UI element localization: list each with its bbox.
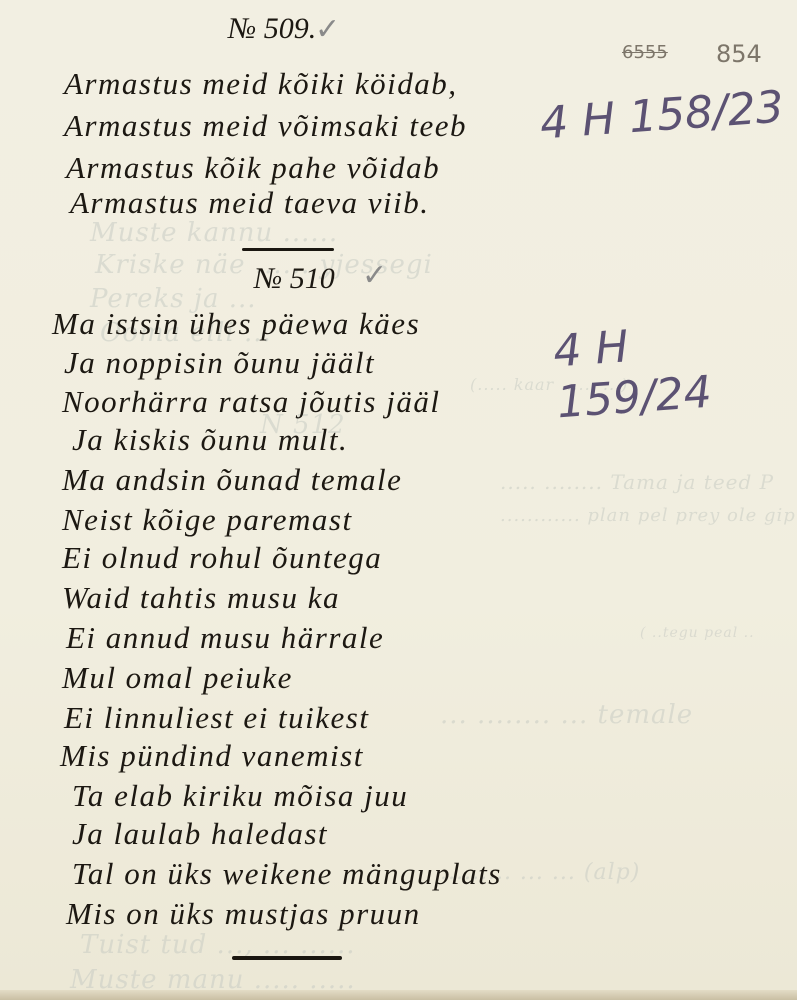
bleed-through-text: ............ plan pel prey ole gip	[500, 505, 796, 526]
song-number-510: № 510	[254, 262, 335, 296]
bleed-through-text: Muste kannu ......	[90, 218, 338, 248]
verse-line: Armastus meid kõiki köidab,	[64, 66, 458, 102]
verse-line: Waid tahtis musu ka	[62, 580, 340, 616]
archive-reference-509: 4 H 158/23	[539, 82, 786, 150]
verse-line: Ei annud musu härrale	[66, 620, 384, 656]
verse-line: Ei olnud rohul õuntega	[62, 540, 382, 576]
bleed-through-text: ... ........ ... temale	[440, 700, 693, 730]
verse-line: Armastus meid võimsaki teeb	[64, 108, 467, 144]
page-edge	[0, 990, 797, 1000]
verse-line: Ma andsin õunad temale	[62, 462, 402, 498]
verse-line: Ja noppisin õunu jäält	[64, 345, 375, 381]
verse-line: Tal on üks weikene mänguplats	[72, 856, 502, 892]
verse-line: Ma istsin ühes päewa käes	[52, 306, 420, 342]
check-mark-icon: ✓	[362, 258, 387, 293]
verse-line: Mis pündind vanemist	[60, 738, 364, 774]
verse-line: Neist kõige paremast	[62, 502, 353, 538]
archive-reference-510: 4 H 159/24	[552, 310, 797, 429]
verse-line: Armastus meid taeva viib.	[70, 185, 430, 221]
check-mark-icon: ✓	[315, 12, 340, 47]
verse-line: Ja laulab haledast	[72, 816, 328, 852]
page-number: 854	[716, 40, 762, 68]
verse-line: Ja kiskis õunu mult.	[72, 422, 348, 458]
verse-line: Ei linnuliest ei tuikest	[64, 700, 369, 736]
verse-line: Mul omal peiuke	[62, 660, 293, 696]
manuscript-page: Muste kannu ...... Kriske näe ...... yje…	[0, 0, 797, 1000]
song-number-509: № 509.	[228, 12, 316, 46]
section-divider	[232, 956, 342, 960]
verse-line: Noorhärra ratsa jõutis jääl	[62, 384, 440, 420]
section-divider	[242, 248, 334, 251]
verse-line: Ta elab kiriku mõisa juu	[72, 778, 408, 814]
bleed-through-text: ..... ........ Tama ja teed P	[500, 470, 774, 494]
struck-archive-number: 6555	[622, 42, 668, 63]
verse-line: Mis on üks mustjas pruun	[66, 896, 421, 932]
verse-line: Armastus kõik pahe võidab	[66, 150, 440, 186]
bleed-through-text: ( ..tegu peal ..	[640, 625, 755, 641]
